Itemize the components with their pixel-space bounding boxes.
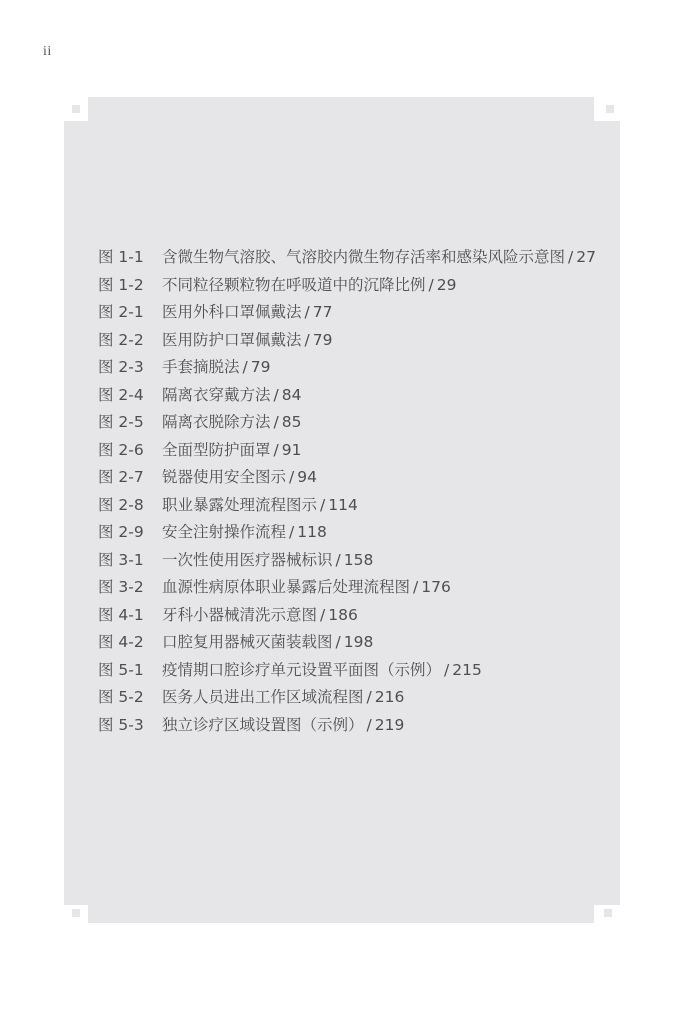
figure-title: 独立诊疗区域设置图（示例） bbox=[162, 712, 364, 740]
figure-title: 隔离衣脱除方法 bbox=[162, 409, 271, 437]
corner-decoration-bottom-right bbox=[604, 909, 612, 917]
figure-entry: 图 3-1一次性使用医疗器械标识/158 bbox=[98, 547, 596, 575]
figure-title: 口腔复用器械灭菌装载图 bbox=[162, 629, 333, 657]
figure-title: 血源性病原体职业暴露后处理流程图 bbox=[162, 574, 410, 602]
figure-label: 图 3-2 bbox=[98, 574, 162, 602]
figure-label: 图 5-3 bbox=[98, 712, 162, 740]
figure-page-number: 186 bbox=[328, 602, 358, 630]
figure-entry: 图 2-9安全注射操作流程/118 bbox=[98, 519, 596, 547]
page-separator: / bbox=[336, 629, 341, 657]
list-of-figures: 图 1-1含微生物气溶胶、气溶胶内微生物存活率和感染风险示意图/27 图 1-2… bbox=[98, 244, 596, 739]
page-separator: / bbox=[320, 602, 325, 630]
page-separator: / bbox=[367, 712, 372, 740]
figure-label: 图 1-2 bbox=[98, 272, 162, 300]
page-separator: / bbox=[289, 464, 294, 492]
figure-entry: 图 2-3手套摘脱法/79 bbox=[98, 354, 596, 382]
corner-decoration-top-right bbox=[606, 105, 614, 113]
corner-decoration-bottom-left bbox=[72, 909, 80, 917]
figure-entry: 图 2-6全面型防护面罩/91 bbox=[98, 437, 596, 465]
figure-entry: 图 4-2口腔复用器械灭菌装载图/198 bbox=[98, 629, 596, 657]
figure-title: 手套摘脱法 bbox=[162, 354, 240, 382]
figure-title: 不同粒径颗粒物在呼吸道中的沉降比例 bbox=[162, 272, 426, 300]
figure-page-number: 94 bbox=[297, 464, 317, 492]
figure-label: 图 1-1 bbox=[98, 244, 162, 272]
page-separator: / bbox=[444, 657, 449, 685]
figure-label: 图 2-9 bbox=[98, 519, 162, 547]
figure-label: 图 4-1 bbox=[98, 602, 162, 630]
figure-title: 含微生物气溶胶、气溶胶内微生物存活率和感染风险示意图 bbox=[162, 244, 565, 272]
panel-top-band bbox=[88, 97, 594, 121]
figure-page-number: 91 bbox=[282, 437, 302, 465]
figure-page-number: 176 bbox=[421, 574, 451, 602]
page-separator: / bbox=[305, 299, 310, 327]
figure-label: 图 5-1 bbox=[98, 657, 162, 685]
figure-entry: 图 5-2医务人员进出工作区域流程图/216 bbox=[98, 684, 596, 712]
figure-title: 隔离衣穿戴方法 bbox=[162, 382, 271, 410]
figure-label: 图 2-2 bbox=[98, 327, 162, 355]
page-separator: / bbox=[274, 382, 279, 410]
figure-label: 图 2-1 bbox=[98, 299, 162, 327]
figure-entry: 图 5-1疫情期口腔诊疗单元设置平面图（示例）/215 bbox=[98, 657, 596, 685]
figure-entry: 图 1-1含微生物气溶胶、气溶胶内微生物存活率和感染风险示意图/27 bbox=[98, 244, 596, 272]
figure-page-number: 27 bbox=[576, 244, 596, 272]
figure-page-number: 79 bbox=[251, 354, 271, 382]
figure-entry: 图 4-1牙科小器械清洗示意图/186 bbox=[98, 602, 596, 630]
figure-page-number: 219 bbox=[375, 712, 405, 740]
figure-entry: 图 1-2不同粒径颗粒物在呼吸道中的沉降比例/29 bbox=[98, 272, 596, 300]
page-separator: / bbox=[289, 519, 294, 547]
figure-entry: 图 2-7锐器使用安全图示/94 bbox=[98, 464, 596, 492]
figure-label: 图 5-2 bbox=[98, 684, 162, 712]
panel-bottom-band bbox=[88, 905, 594, 923]
page-separator: / bbox=[274, 437, 279, 465]
figure-entry: 图 2-8职业暴露处理流程图示/114 bbox=[98, 492, 596, 520]
page-number: ii bbox=[43, 44, 52, 60]
figure-page-number: 77 bbox=[313, 299, 333, 327]
figure-entry: 图 2-2医用防护口罩佩戴法/79 bbox=[98, 327, 596, 355]
page-separator: / bbox=[305, 327, 310, 355]
figure-page-number: 29 bbox=[437, 272, 457, 300]
figure-title: 疫情期口腔诊疗单元设置平面图（示例） bbox=[162, 657, 441, 685]
figure-label: 图 2-4 bbox=[98, 382, 162, 410]
page-separator: / bbox=[568, 244, 573, 272]
figure-page-number: 85 bbox=[282, 409, 302, 437]
figure-label: 图 4-2 bbox=[98, 629, 162, 657]
figure-page-number: 84 bbox=[282, 382, 302, 410]
figure-label: 图 2-7 bbox=[98, 464, 162, 492]
figure-entry: 图 5-3独立诊疗区域设置图（示例）/219 bbox=[98, 712, 596, 740]
figure-title: 医用防护口罩佩戴法 bbox=[162, 327, 302, 355]
figure-label: 图 2-8 bbox=[98, 492, 162, 520]
figure-page-number: 158 bbox=[344, 547, 374, 575]
figure-title: 安全注射操作流程 bbox=[162, 519, 286, 547]
figure-page-number: 114 bbox=[328, 492, 358, 520]
figure-entry: 图 2-4隔离衣穿戴方法/84 bbox=[98, 382, 596, 410]
figure-title: 一次性使用医疗器械标识 bbox=[162, 547, 333, 575]
figure-page-number: 216 bbox=[375, 684, 405, 712]
figure-label: 图 2-3 bbox=[98, 354, 162, 382]
figure-page-number: 79 bbox=[313, 327, 333, 355]
figure-page-number: 198 bbox=[344, 629, 374, 657]
page-separator: / bbox=[274, 409, 279, 437]
figure-title: 职业暴露处理流程图示 bbox=[162, 492, 317, 520]
corner-decoration-top-left bbox=[72, 105, 80, 113]
figure-title: 医用外科口罩佩戴法 bbox=[162, 299, 302, 327]
figure-entry: 图 2-5隔离衣脱除方法/85 bbox=[98, 409, 596, 437]
page-separator: / bbox=[243, 354, 248, 382]
figure-title: 牙科小器械清洗示意图 bbox=[162, 602, 317, 630]
page-separator: / bbox=[367, 684, 372, 712]
figure-title: 锐器使用安全图示 bbox=[162, 464, 286, 492]
figure-title: 全面型防护面罩 bbox=[162, 437, 271, 465]
figure-label: 图 2-5 bbox=[98, 409, 162, 437]
figure-title: 医务人员进出工作区域流程图 bbox=[162, 684, 364, 712]
page-separator: / bbox=[413, 574, 418, 602]
page-separator: / bbox=[320, 492, 325, 520]
page-separator: / bbox=[429, 272, 434, 300]
figure-label: 图 2-6 bbox=[98, 437, 162, 465]
figure-page-number: 215 bbox=[452, 657, 482, 685]
figure-entry: 图 2-1医用外科口罩佩戴法/77 bbox=[98, 299, 596, 327]
figure-page-number: 118 bbox=[297, 519, 327, 547]
page-separator: / bbox=[336, 547, 341, 575]
figure-label: 图 3-1 bbox=[98, 547, 162, 575]
figure-entry: 图 3-2血源性病原体职业暴露后处理流程图/176 bbox=[98, 574, 596, 602]
